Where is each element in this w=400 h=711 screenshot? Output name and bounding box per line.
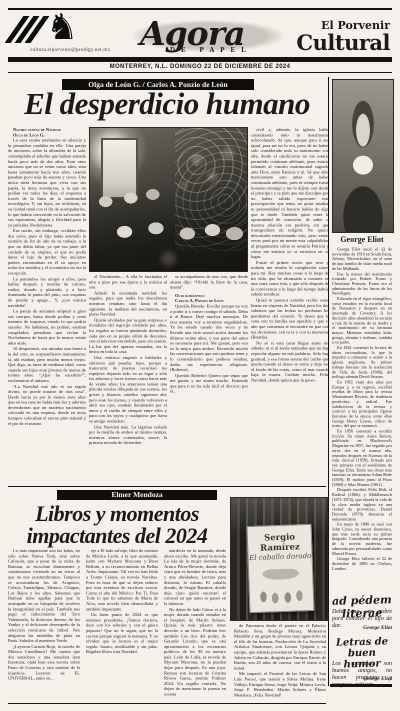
masthead-subtitle: DE PAPEL	[170, 46, 252, 54]
books-col1-text: Lo más impactante son las balas, no sólo…	[8, 548, 80, 681]
books-byline-box: Elmer Mendoza	[57, 490, 217, 500]
books-top-rule	[8, 486, 326, 487]
bottom-rule	[8, 703, 326, 704]
dateline: MONTERREY, N.L. DOMINGO 22 DE DICIEMBRE …	[0, 64, 400, 70]
main-col4-text: civil y, además, la iglesia había consid…	[251, 127, 329, 383]
sidebar-bio-column: George Eliot nació el 22 de noviembre de…	[332, 247, 392, 591]
books-column-1: Lo más impactante son las balas, no sólo…	[8, 548, 80, 700]
newspaper-page: ♞ cultura.elporvenir@prodigy.net.mx Agor…	[0, 0, 400, 711]
books-headline-line2: impactantes del 2024	[8, 523, 226, 549]
ad-pedem-credit: George Eliot	[332, 625, 392, 631]
main-column-3: se acompañaron de una voz, que desde afu…	[170, 274, 248, 480]
books-col4-text: de Panorama desde el puente en el Palaci…	[234, 623, 326, 698]
family-christmas-photo	[89, 127, 248, 272]
masthead-email: cultura.elporvenir@prodigy.net.mx	[30, 48, 110, 53]
book-cover: Sergio Ramírez El caballo dorado	[247, 524, 315, 614]
sidebar-bottom-bar	[330, 684, 392, 687]
letras-credit: George Eliot	[332, 676, 392, 682]
masthead-bar	[8, 57, 392, 62]
brand-bottom: Cultural	[290, 32, 390, 53]
main-column-2: el Nacimiento... A ella le fascinaba el …	[89, 274, 167, 480]
books-column-4: de Panorama desde el puente en el Palaci…	[234, 623, 326, 700]
main-column-1: Noches santas de Navidad Olga de León G.…	[8, 127, 86, 480]
main-col1-text: La casa estaba totalmente en silencio y …	[8, 138, 86, 427]
book-title: El caballo dorado	[249, 552, 313, 562]
books-column-3: atardecía en la mentada, desde ahora esc…	[164, 548, 226, 700]
main-column-4: civil y, además, la iglesia había consid…	[251, 127, 329, 480]
carousel-illustration	[254, 568, 309, 609]
eliot-bio-text: George Eliot nació el 22 de noviembre de…	[332, 247, 392, 571]
horse-head-icon: ♞	[46, 10, 78, 46]
books-col3-text: atardecía en la mentada, desde ahora esc…	[164, 548, 226, 697]
horse-logo-icon: ♞	[12, 16, 122, 50]
book-photo: Sergio Ramírez El caballo dorado	[230, 497, 328, 621]
photo-family-group	[90, 182, 247, 271]
main-headline: El desperdicio humano	[8, 86, 326, 122]
dateline-rule	[8, 72, 392, 73]
main-col2-text: el Nacimiento... A ella le fascinaba el …	[89, 274, 167, 446]
main-col3b-text: Querida Brenda: Escribo porque no voy a …	[170, 303, 248, 394]
book-author: Sergio Ramírez	[248, 532, 312, 554]
portrait-caption: George Eliot	[332, 235, 392, 244]
books-col2-text: eje a El lado salvaje, libro de cuentos …	[86, 548, 158, 654]
george-eliot-portrait	[332, 79, 394, 233]
main-col3a-text: se acompañaron de una voz, que desde afu…	[170, 274, 248, 290]
books-column-2: eje a El lado salvaje, libro de cuentos …	[86, 548, 158, 700]
